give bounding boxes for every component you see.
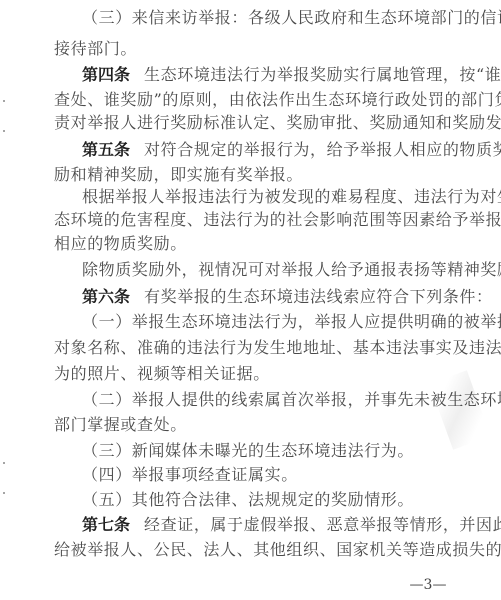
text-line: 为的照片、视频等相关证据。 <box>54 364 448 384</box>
text-line: （五）其他符合法律、法规规定的奖励情形。 <box>82 490 448 510</box>
line-text: （三）来信来访举报：各级人民政府和生态环境部门的信访 <box>82 8 501 27</box>
line-text: 给被举报人、公民、法人、其他组织、国家机关等造成损失的， <box>54 540 501 559</box>
text-line: 责对举报人进行奖励标准认定、奖励审批、奖励通知和奖励发放。 <box>54 113 448 133</box>
text-line: （三）新闻媒体未曝光的生态环境违法行为。 <box>82 441 448 461</box>
text-line: 给被举报人、公民、法人、其他组织、国家机关等造成损失的， <box>54 540 448 560</box>
text-line: （三）来信来访举报：各级人民政府和生态环境部门的信访 <box>82 8 448 28</box>
text-line: 部门掌握或查处。 <box>54 415 448 435</box>
line-text: （一）举报生态环境违法行为，举报人应提供明确的被举报 <box>82 312 501 331</box>
line-text: （四）举报事项经查证属实。 <box>82 465 298 484</box>
line-text: 对符合规定的举报行为，给予举报人相应的物质奖 <box>144 140 501 159</box>
line-text: 除物质奖励外，视情况可对举报人给予通报表扬等精神奖励。 <box>82 260 501 279</box>
article-paragraph-line: 第六条有奖举报的生态环境违法线索应符合下列条件： <box>82 287 448 307</box>
line-text: 责对举报人进行奖励标准认定、奖励审批、奖励通知和奖励发放。 <box>54 113 501 132</box>
line-text: 态环境的危害程度、违法行为的社会影响范围等因素给予举报人 <box>54 210 501 229</box>
line-text: 相应的物质奖励。 <box>54 234 187 253</box>
line-text: 生态环境违法行为举报奖励实行属地管理，按“谁 <box>144 65 501 84</box>
line-text: （三）新闻媒体未曝光的生态环境违法行为。 <box>82 441 414 460</box>
article-heading: 第六条 <box>82 287 130 306</box>
article-paragraph-line: 第四条生态环境违法行为举报奖励实行属地管理，按“谁 <box>82 65 448 85</box>
line-text: （五）其他符合法律、法规规定的奖励情形。 <box>82 490 414 509</box>
line-text: 接待部门。 <box>54 39 137 58</box>
text-line: （一）举报生态环境违法行为，举报人应提供明确的被举报 <box>82 312 448 332</box>
line-text: 经查证，属于虚假举报、恶意举报等情形，并因此 <box>144 515 501 534</box>
line-text: 励和精神奖励，即实施有奖举报。 <box>54 165 303 184</box>
line-text: 部门掌握或查处。 <box>54 415 187 434</box>
text-line: 查处、谁奖励”的原则，由依法作出生态环境行政处罚的部门负 <box>54 90 448 110</box>
page-number: —3— <box>398 576 458 594</box>
article-heading: 第七条 <box>82 515 130 534</box>
line-text: 查处、谁奖励”的原则，由依法作出生态环境行政处罚的部门负 <box>54 90 501 109</box>
text-line: 接待部门。 <box>54 39 448 59</box>
document-page: （三）来信来访举报：各级人民政府和生态环境部门的信访接待部门。第四条生态环境违法… <box>0 0 501 600</box>
text-line: 除物质奖励外，视情况可对举报人给予通报表扬等精神奖励。 <box>82 260 448 280</box>
margin-mark <box>3 130 5 132</box>
line-text: 对象名称、准确的违法行为发生地地址、基本违法事实及违法行 <box>54 338 501 357</box>
text-line: 相应的物质奖励。 <box>54 234 448 254</box>
line-text: 有奖举报的生态环境违法线索应符合下列条件： <box>144 287 493 306</box>
line-text: 根据举报人举报违法行为被发现的难易程度、违法行为对生 <box>82 187 501 206</box>
margin-mark <box>3 492 5 494</box>
text-line: 励和精神奖励，即实施有奖举报。 <box>54 165 448 185</box>
line-text: 为的照片、视频等相关证据。 <box>54 364 270 383</box>
article-heading: 第五条 <box>82 140 130 159</box>
text-line: （四）举报事项经查证属实。 <box>82 465 448 485</box>
line-text: （二）举报人提供的线索属首次举报，并事先未被生态环境 <box>82 390 501 409</box>
article-heading: 第四条 <box>82 65 130 84</box>
article-paragraph-line: 第七条经查证，属于虚假举报、恶意举报等情形，并因此 <box>82 515 448 535</box>
text-line: 根据举报人举报违法行为被发现的难易程度、违法行为对生 <box>82 187 448 207</box>
text-line: （二）举报人提供的线索属首次举报，并事先未被生态环境 <box>82 390 448 410</box>
article-paragraph-line: 第五条对符合规定的举报行为，给予举报人相应的物质奖 <box>82 140 448 160</box>
margin-mark <box>3 462 5 464</box>
text-line: 态环境的危害程度、违法行为的社会影响范围等因素给予举报人 <box>54 210 448 230</box>
margin-mark <box>3 100 5 102</box>
text-line: 对象名称、准确的违法行为发生地地址、基本违法事实及违法行 <box>54 338 448 358</box>
